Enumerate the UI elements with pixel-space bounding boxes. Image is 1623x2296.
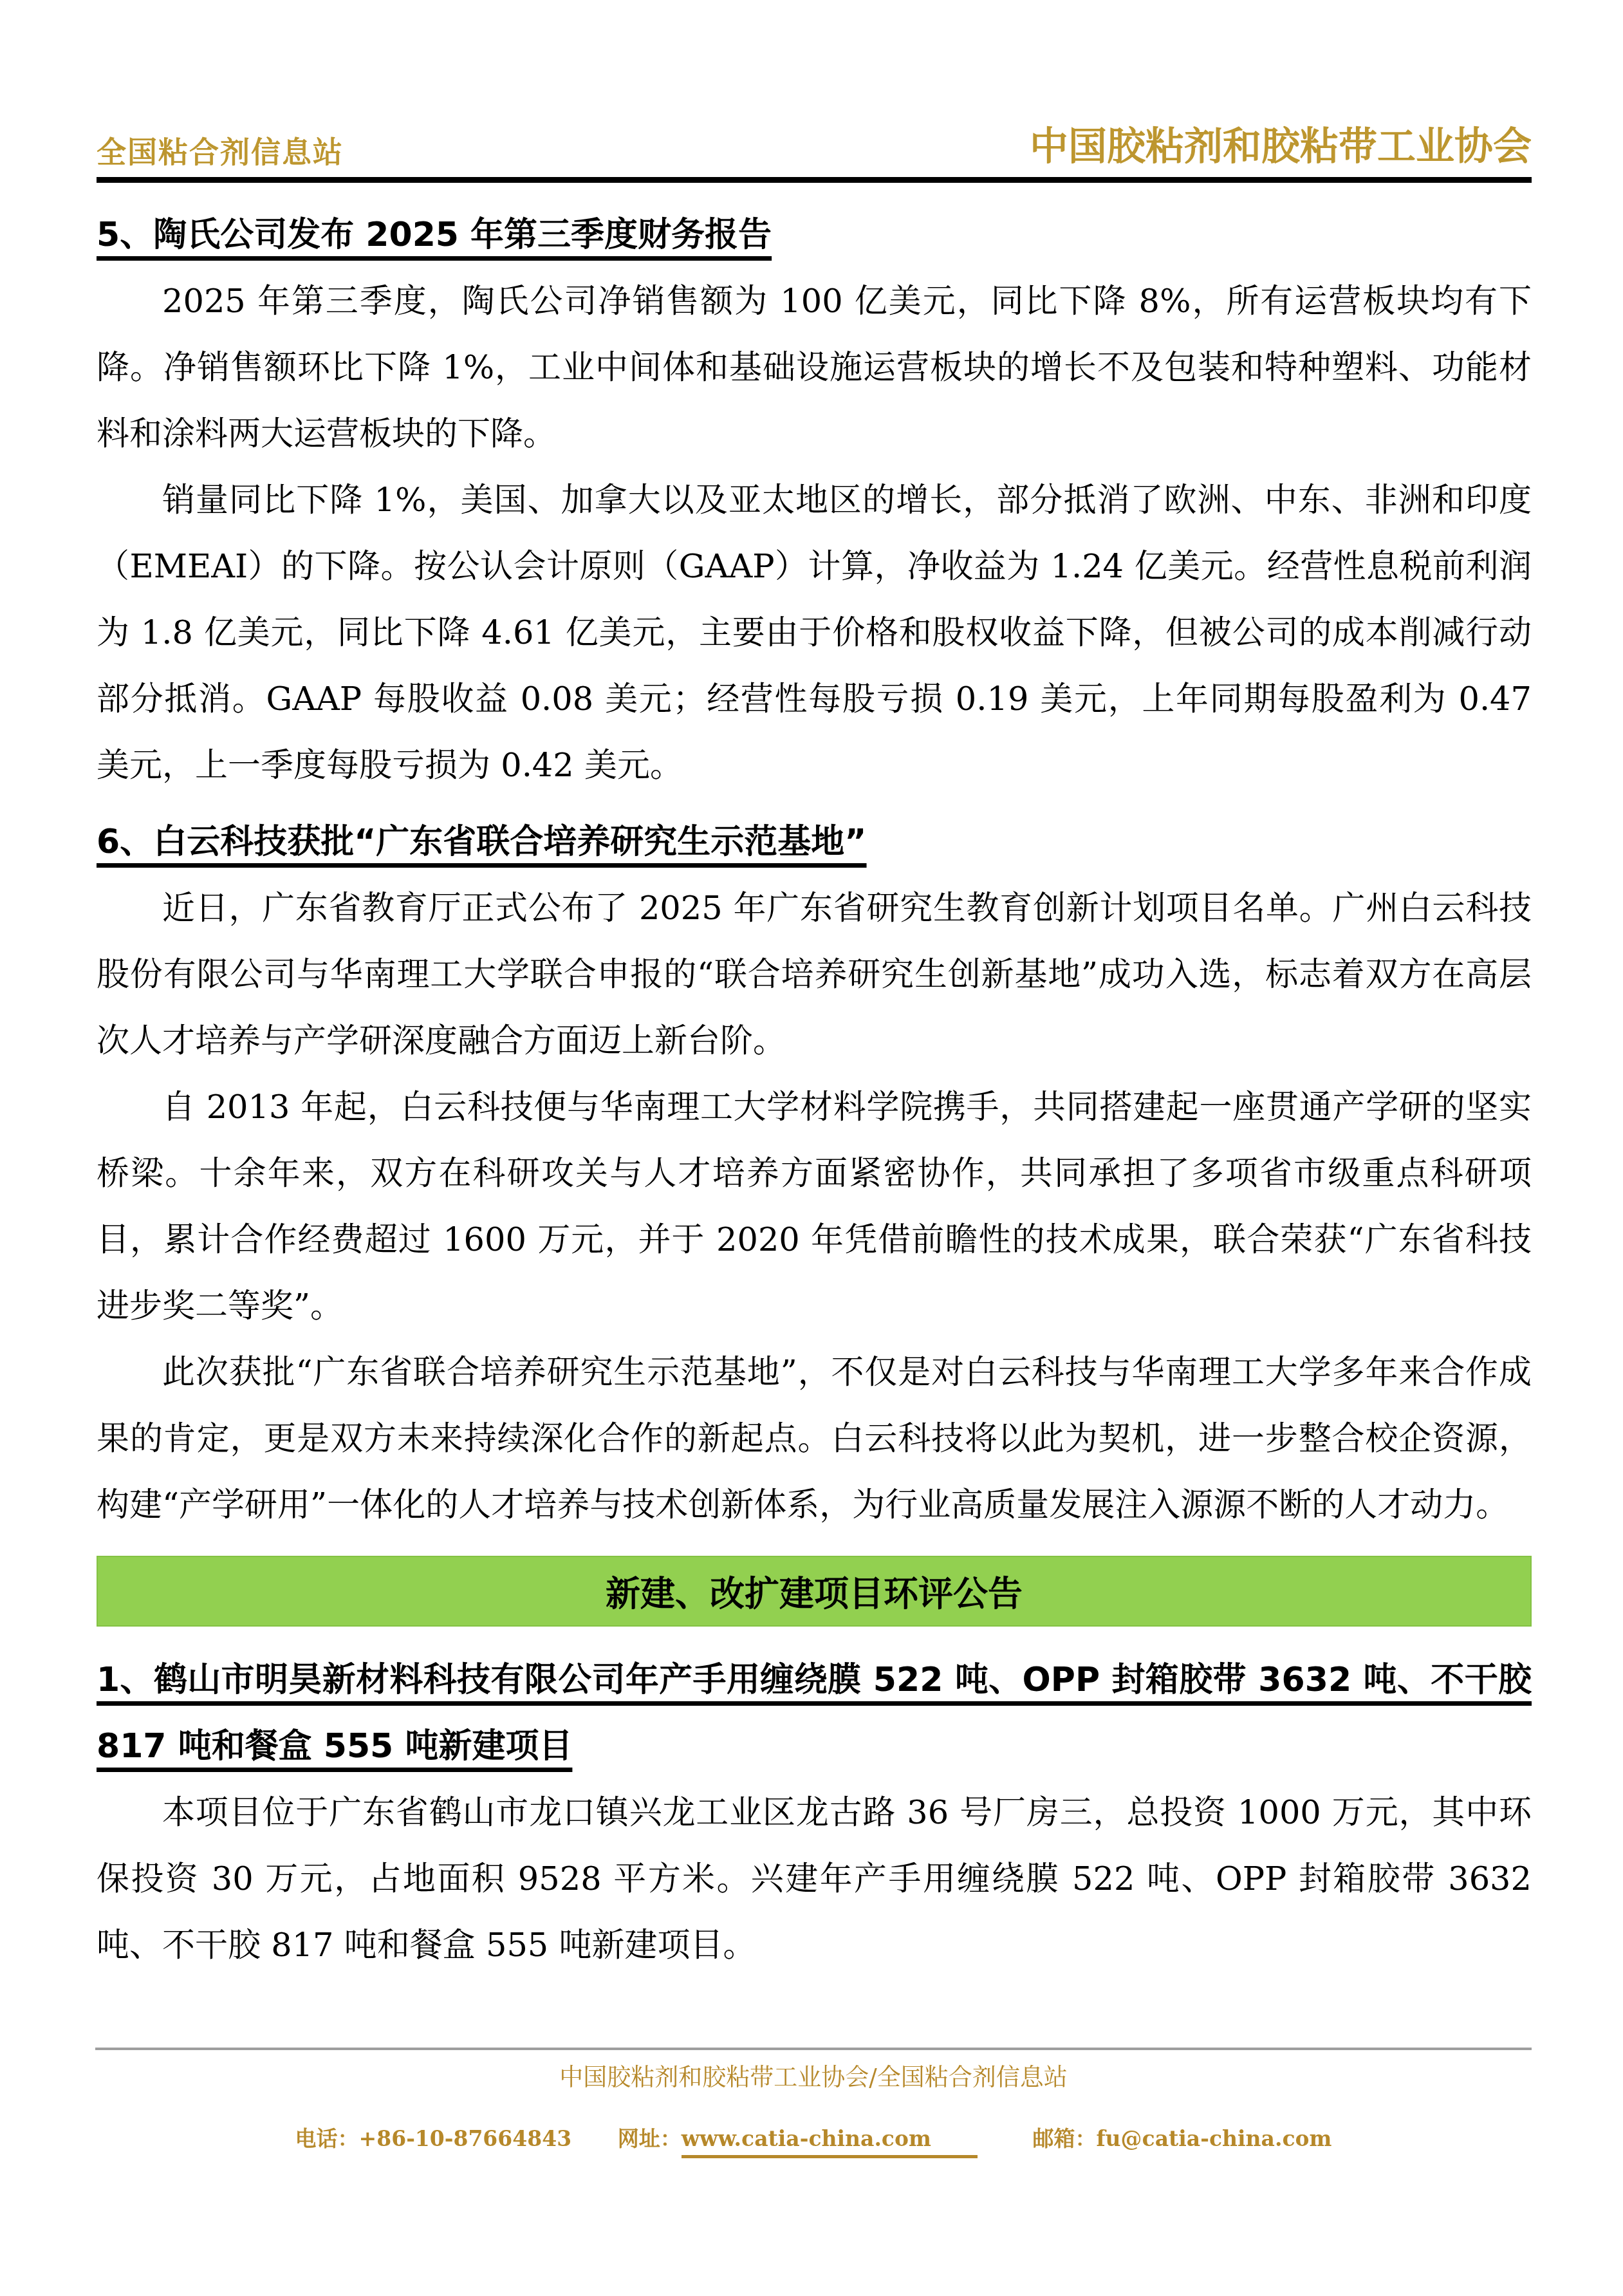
footer-phone: 电话：+86-10-87664843 xyxy=(295,2122,572,2152)
footer-contact-line: 电话：+86-10-87664843 网址：www.catia-china.co… xyxy=(95,2122,1532,2158)
newsletter-page: 全国粘合剂信息站 中国胶粘剂和胶粘带工业协会 5、陶氏公司发布 2025 年第三… xyxy=(0,0,1623,2296)
website-label: 网址： xyxy=(618,2126,682,2151)
section-title-dow-q3-report: 5、陶氏公司发布 2025 年第三季度财务报告 xyxy=(97,202,1532,268)
phone-label: 电话： xyxy=(295,2126,359,2151)
page-header: 全国粘合剂信息站 中国胶粘剂和胶粘带工业协会 xyxy=(97,0,1532,171)
paragraph-dow-2: 销量同比下降 1%，美国、加拿大以及亚太地区的增长，部分抵消了欧洲、中东、非洲和… xyxy=(97,467,1532,799)
paragraph-baiyun-1: 近日，广东省教育厅正式公布了 2025 年广东省研究生教育创新计划项目名单。广州… xyxy=(97,875,1532,1074)
section-title-baiyun-base: 6、白云科技获批“广东省联合培养研究生示范基地” xyxy=(97,809,1532,875)
eia-banner-title: 新建、改扩建项目环评公告 xyxy=(606,1567,1023,1616)
footer-divider xyxy=(95,2048,1532,2050)
paragraph-baiyun-2: 自 2013 年起，白云科技便与华南理工大学材料学院携手，共同搭建起一座贯通产学… xyxy=(97,1074,1532,1339)
header-divider xyxy=(97,177,1532,183)
announcement-title-heshan-minghao: 1、鹤山市明昊新材料科技有限公司年产手用缠绕膜 522 吨、OPP 封箱胶带 3… xyxy=(97,1647,1532,1780)
email-label: 邮箱： xyxy=(1032,2126,1096,2151)
eia-announcement-banner: 新建、改扩建项目环评公告 xyxy=(97,1556,1532,1627)
email-value: fu@catia-china.com xyxy=(1096,2126,1331,2151)
footer-organization-line: 中国胶粘剂和胶粘带工业协会/全国粘合剂信息站 xyxy=(95,2058,1532,2093)
page-content: 全国粘合剂信息站 中国胶粘剂和胶粘带工业协会 5、陶氏公司发布 2025 年第三… xyxy=(0,0,1623,1979)
paragraph-heshan-project: 本项目位于广东省鹤山市龙口镇兴龙工业区龙古路 36 号厂房三，总投资 1000 … xyxy=(97,1780,1532,1979)
paragraph-baiyun-3: 此次获批“广东省联合培养研究生示范基地”，不仅是对白云科技与华南理工大学多年来合… xyxy=(97,1339,1532,1538)
website-link[interactable]: www.catia-china.com xyxy=(682,2126,978,2158)
page-footer: 中国胶粘剂和胶粘带工业协会/全国粘合剂信息站 电话：+86-10-8766484… xyxy=(95,2048,1532,2158)
phone-value: +86-10-87664843 xyxy=(359,2126,572,2151)
footer-email: 邮箱：fu@catia-china.com xyxy=(1032,2122,1331,2152)
paragraph-dow-1: 2025 年第三季度，陶氏公司净销售额为 100 亿美元，同比下降 8%，所有运… xyxy=(97,268,1532,467)
header-right-title: 中国胶粘剂和胶粘带工业协会 xyxy=(1030,116,1532,171)
header-left-title: 全国粘合剂信息站 xyxy=(97,129,344,171)
footer-website: 网址：www.catia-china.com xyxy=(618,2122,987,2158)
